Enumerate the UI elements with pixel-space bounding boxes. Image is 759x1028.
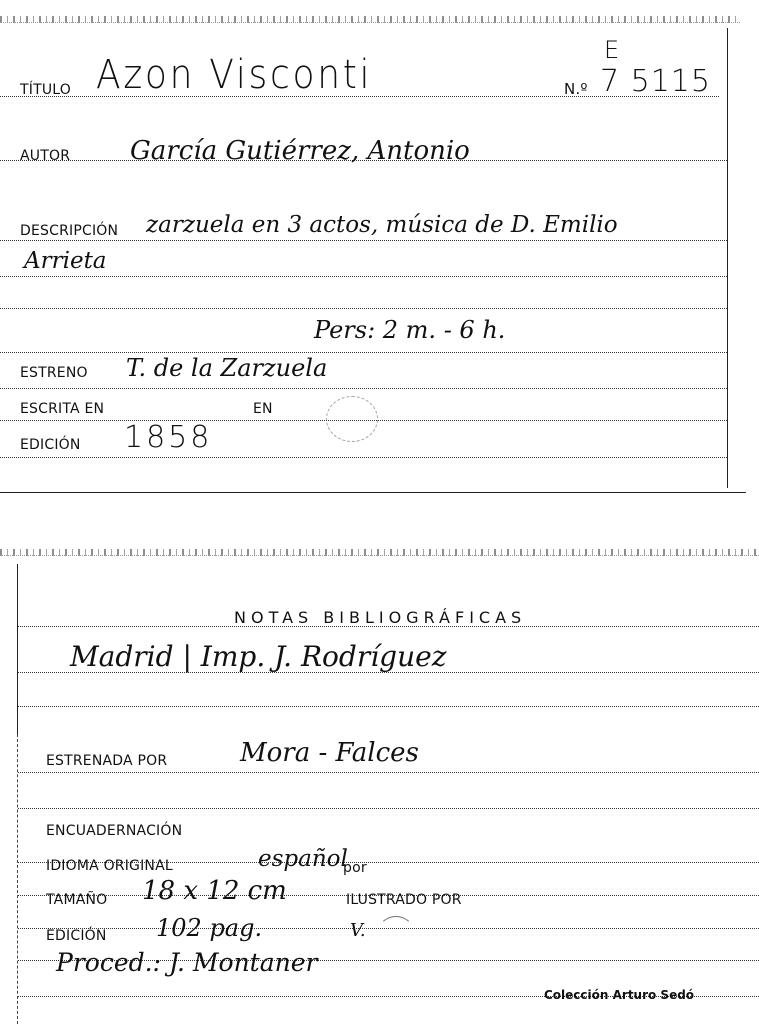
- ruled-line: [0, 288, 727, 309]
- tamano-value: 18 x 12 cm: [142, 876, 287, 906]
- idioma-por-label: por: [343, 860, 367, 876]
- idioma-original-value: español: [258, 846, 348, 872]
- en-label: EN: [253, 401, 273, 417]
- ruled-line: [18, 788, 759, 809]
- procedencia-value: Proced.: J. Montaner: [56, 948, 317, 977]
- ruled-line: [0, 368, 727, 389]
- encuadernacion-label: ENCUADERNACIÓN: [46, 823, 182, 839]
- edicion-extra: V.: [350, 920, 366, 941]
- notas-heading: NOTAS BIBLIOGRÁFICAS: [234, 608, 526, 627]
- idioma-original-label: IDIOMA ORIGINAL: [46, 858, 173, 874]
- stamp-mark: [378, 916, 414, 948]
- edicion-value: 1858: [124, 420, 212, 455]
- autor-value: García Gutiérrez, Antonio: [130, 136, 470, 166]
- edicion-value: 102 pag.: [156, 914, 262, 942]
- ruled-line: [18, 686, 759, 707]
- numero-superscript: E: [604, 36, 619, 64]
- numero-label: N.º: [564, 80, 588, 98]
- bottom-card: NOTAS BIBLIOGRÁFICAS Madrid | Imp. J. Ro…: [0, 540, 759, 1028]
- descripcion-value-line1: zarzuela en 3 actos, música de D. Emilio: [146, 212, 618, 238]
- notas-line1: Madrid | Imp. J. Rodríguez: [70, 640, 446, 673]
- card-bottom-edge: [0, 492, 746, 493]
- tamano-label: TAMAÑO: [46, 892, 107, 908]
- collection-footer: Colección Arturo Sedó: [544, 988, 694, 1002]
- estreno-value: T. de la Zarzuela: [126, 354, 327, 382]
- escrita-en-label: ESCRITA EN: [20, 401, 104, 417]
- estreno-label: ESTRENO: [20, 365, 88, 381]
- ruled-line: [0, 437, 727, 458]
- autor-label: AUTOR: [20, 148, 70, 164]
- card-top-edge: [0, 549, 759, 556]
- estrenada-por-label: ESTRENADA POR: [46, 753, 167, 769]
- ilustrado-por-label: ILUSTRADO POR: [346, 892, 462, 908]
- edicion-label: EDICIÓN: [46, 928, 107, 944]
- descripcion-label: DESCRIPCIÓN: [20, 223, 118, 239]
- edicion-label: EDICIÓN: [20, 437, 81, 453]
- ruled-line: [0, 256, 727, 277]
- personajes-value: Pers: 2 m. - 6 h.: [314, 316, 505, 344]
- card-right-border: [727, 28, 728, 488]
- top-card: TÍTULO Azon Visconti N.º E 7 5115 AUTOR …: [0, 0, 759, 495]
- numero-value: 7 5115: [600, 64, 711, 99]
- card-top-edge: [0, 16, 740, 23]
- estrenada-por-value: Mora - Falces: [240, 738, 419, 768]
- titulo-value: Azon Visconti: [96, 52, 372, 98]
- stamp-mark: [326, 396, 378, 442]
- descripcion-value-line2: Arrieta: [24, 248, 107, 274]
- card-left-border: [17, 564, 18, 734]
- titulo-label: TÍTULO: [20, 82, 71, 98]
